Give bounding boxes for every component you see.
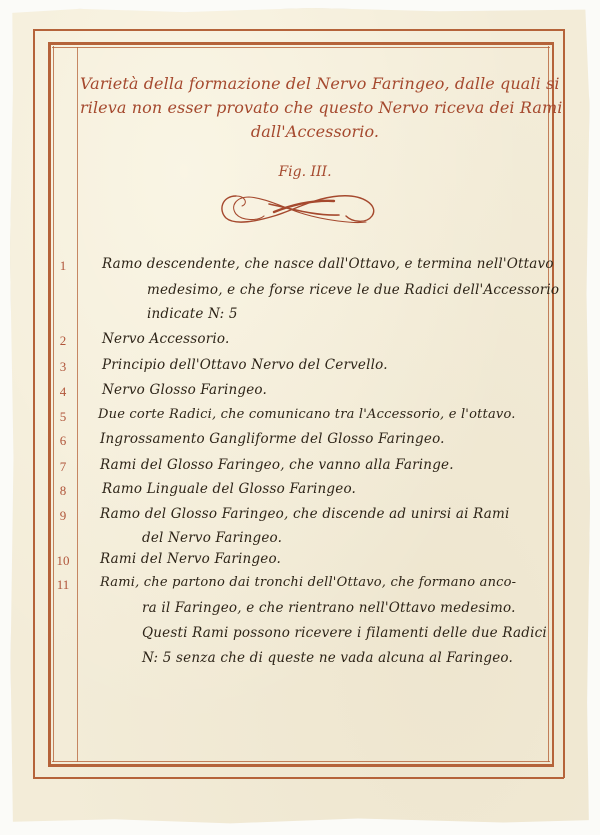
item-text-line: ra il Faringeo, e che rientrano nell'Ott… (142, 600, 516, 616)
item-text-line: Rami del Glosso Faringeo, che vanno alla… (100, 457, 454, 473)
item-text-line: Ramo Linguale del Glosso Faringeo. (102, 481, 356, 497)
outer-frame-right (563, 29, 565, 778)
item-text-line: del Nervo Faringeo. (142, 530, 282, 546)
outer-frame-top (33, 29, 564, 31)
item-text-line: N: 5 senza che di queste ne vada alcuna … (142, 650, 513, 666)
flourish-ornament-icon (214, 188, 389, 228)
item-number: 1 (52, 258, 74, 274)
inner-frame-right-thin (548, 46, 549, 762)
numeral-margin-rule (77, 47, 78, 762)
item-number: 11 (52, 577, 74, 593)
item-number: 4 (52, 384, 74, 400)
title-line-2: rileva non esser provato che questo Nerv… (80, 96, 550, 120)
cross-reference: indicate N: 5 (147, 306, 238, 322)
item-text-line: Rami, che partono dai tronchi dell'Ottav… (100, 575, 516, 590)
item-number: 6 (52, 433, 74, 449)
item-number: 5 (52, 409, 74, 425)
title-line-3: dall'Accessorio. (80, 120, 550, 144)
item-number: 10 (52, 553, 74, 569)
inner-frame-left-thick (48, 42, 51, 767)
item-number: 2 (52, 333, 74, 349)
inner-frame-top-thick (48, 42, 554, 45)
inner-frame-top-thin (52, 47, 550, 48)
item-text-line: Rami del Nervo Faringeo. (100, 551, 281, 567)
item-text-line: Nervo Accessorio. (102, 331, 230, 347)
inner-frame-bottom-thick (48, 764, 554, 767)
item-text-line: Due corte Radici, che comunicano tra l'A… (98, 407, 516, 422)
outer-frame-left (33, 29, 35, 778)
inner-frame-right-thick (552, 42, 555, 767)
page-title: Varietà della formazione del Nervo Farin… (80, 72, 550, 144)
item-text-line: Ingrossamento Gangliforme del Glosso Far… (100, 431, 445, 447)
inner-frame-left-thin (53, 46, 54, 762)
inner-frame-bottom-thin (52, 761, 550, 762)
figure-label: Fig. III. (250, 164, 360, 180)
item-text-line: Ramo del Glosso Faringeo, che discende a… (100, 506, 510, 522)
item-number: 8 (52, 483, 74, 499)
scan-background: Varietà della formazione del Nervo Farin… (0, 0, 600, 835)
item-text-line: Nervo Glosso Faringeo. (102, 382, 267, 398)
item-text-line: indicate N: 5 (147, 306, 238, 322)
item-text-line: Questi Rami possono ricevere i filamenti… (142, 625, 547, 641)
outer-frame-bottom (33, 777, 564, 779)
item-number: 7 (52, 459, 74, 475)
item-number: 3 (52, 359, 74, 375)
item-text-line: Principio dell'Ottavo Nervo del Cervello… (102, 357, 388, 373)
item-number: 9 (52, 508, 74, 524)
item-text-line: medesimo, e che forse riceve le due Radi… (147, 282, 559, 298)
title-line-1: Varietà della formazione del Nervo Farin… (80, 72, 550, 96)
item-text-line: Ramo descendente, che nasce dall'Ottavo,… (102, 256, 554, 272)
